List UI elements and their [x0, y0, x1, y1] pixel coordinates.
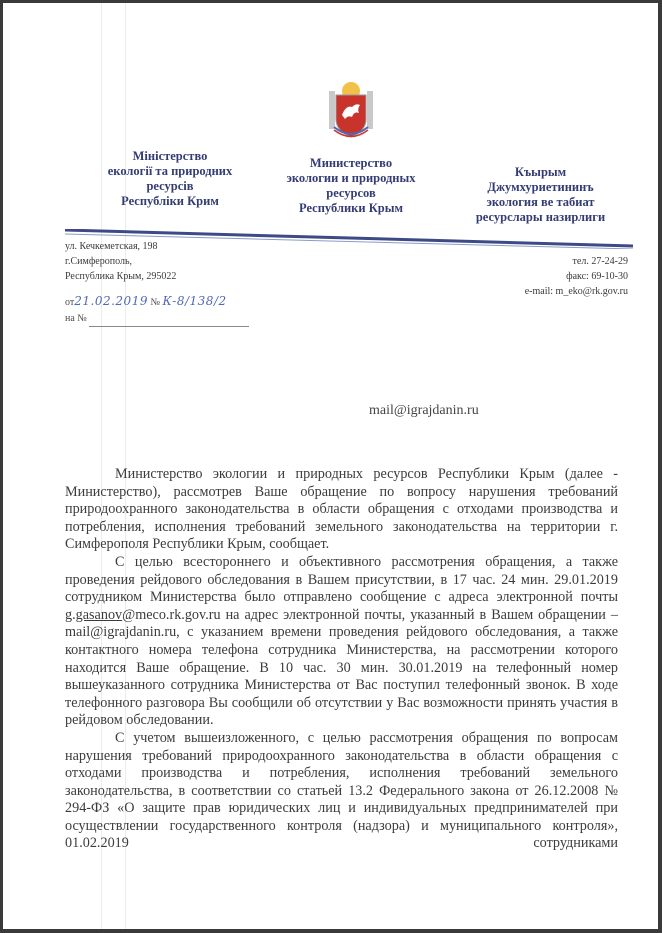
handwritten-number: К-8/138/2	[163, 294, 227, 308]
header-line: Джумхуриетининъ	[463, 180, 618, 195]
header-line: ресурсов	[271, 186, 431, 201]
address-region: Республика Крым, 295022	[65, 269, 176, 284]
header-line: Республики Крым	[271, 201, 431, 216]
ministry-name-ukrainian: Міністерство екології та природних ресур…	[95, 149, 245, 209]
paragraph-1: Министерство экологии и природных ресурс…	[65, 466, 618, 554]
paragraph-text: @meco.rk.gov.ru на адрес электронной поч…	[65, 607, 618, 729]
handwritten-date: 21.02.2019	[74, 294, 148, 308]
header-line: экология ве табиат	[463, 195, 618, 210]
crimea-coat-of-arms-icon	[326, 81, 376, 141]
header-line: Къырым	[463, 165, 618, 180]
header-line: екології та природних	[95, 164, 245, 179]
letter-body: Министерство экологии и природных ресурс…	[65, 466, 618, 853]
header-line: ресурслары назирлиги	[463, 210, 618, 225]
recipient-email: mail@igrajdanin.ru	[369, 403, 479, 419]
reference-label: на №	[65, 313, 87, 324]
ministry-name-russian: Министерство экологии и природных ресурс…	[271, 156, 431, 216]
address-city: г.Симферополь,	[65, 254, 176, 269]
paragraph-2: С целью всестороннего и объективного рас…	[65, 554, 618, 730]
header-line: экологии и природных	[271, 171, 431, 186]
date-label: от	[65, 297, 74, 308]
header-line: Міністерство	[95, 149, 245, 164]
header-line: Республіки Крим	[95, 194, 245, 209]
contact-fax: факс: 69-10-30	[525, 269, 628, 284]
registration-block: от21.02.2019 № К-8/138/2 на №	[65, 293, 249, 327]
ministry-address: ул. Кечкеметская, 198 г.Симферополь, Рес…	[65, 239, 176, 284]
ministry-name-crimean-tatar: Къырым Джумхуриетининъ экология ве табиа…	[463, 165, 618, 225]
contact-phone: тел. 27-24-29	[525, 254, 628, 269]
email-link-underlined: gasanov	[76, 607, 123, 623]
document-page: Міністерство екології та природних ресур…	[3, 3, 658, 929]
paragraph-3: С учетом вышеизложенного, с целью рассмо…	[65, 730, 618, 853]
header-line: ресурсів	[95, 179, 245, 194]
address-street: ул. Кечкеметская, 198	[65, 239, 176, 254]
header-line: Министерство	[271, 156, 431, 171]
number-label: №	[150, 297, 160, 308]
contact-email: e-mail: m_eko@rk.gov.ru	[525, 284, 628, 299]
ministry-contacts: тел. 27-24-29 факс: 69-10-30 e-mail: m_e…	[525, 254, 628, 299]
reference-blank-line	[89, 314, 249, 327]
